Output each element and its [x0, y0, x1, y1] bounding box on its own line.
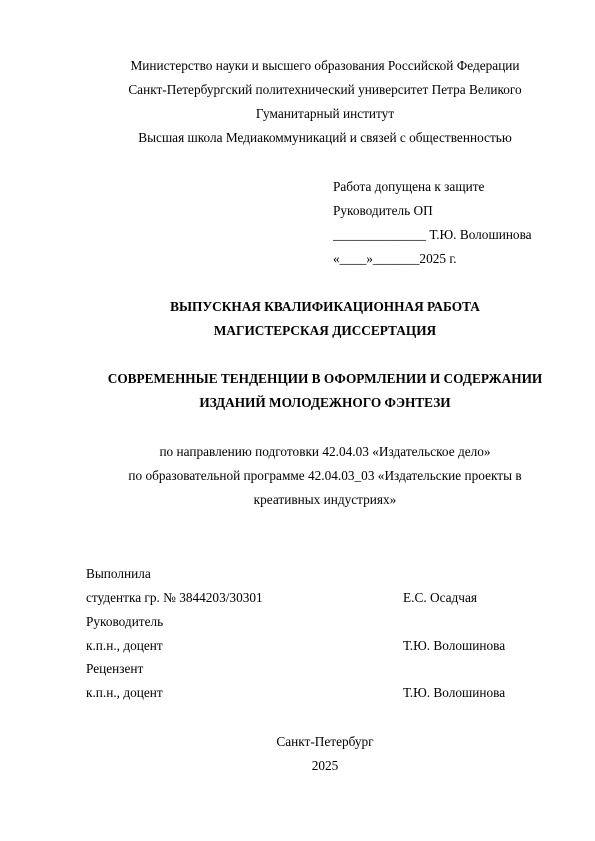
direction-line: по направлению подготовки 42.04.03 «Изда…	[0, 444, 595, 460]
university-line: Санкт-Петербургский политехнический унив…	[0, 82, 595, 98]
institute-line: Гуманитарный институт	[0, 106, 595, 122]
author-role: Выполнила	[86, 566, 151, 582]
reviewer-name: Т.Ю. Волошинова	[403, 685, 505, 701]
thesis-title-line1: СОВРЕМЕННЫЕ ТЕНДЕНЦИИ В ОФОРМЛЕНИИ И СОД…	[0, 371, 595, 387]
work-type-line1: ВЫПУСКНАЯ КВАЛИФИКАЦИОННАЯ РАБОТА	[0, 299, 595, 315]
reviewer-detail: к.п.н., доцент	[86, 685, 163, 701]
approval-admitted: Работа допущена к защите	[333, 179, 484, 195]
supervisor-detail: к.п.н., доцент	[86, 638, 163, 654]
footer-city: Санкт-Петербург	[0, 734, 595, 750]
school-line: Высшая школа Медиакоммуникаций и связей …	[0, 130, 595, 146]
approval-date-line: «____»_______2025 г.	[333, 251, 457, 267]
program-line2: креативных индустриях»	[0, 492, 595, 508]
footer-year: 2025	[0, 758, 595, 774]
supervisor-name: Т.Ю. Волошинова	[403, 638, 505, 654]
ministry-line: Министерство науки и высшего образования…	[0, 58, 595, 74]
approval-signature-line: ______________ Т.Ю. Волошинова	[333, 227, 532, 243]
thesis-title-line2: ИЗДАНИЙ МОЛОДЕЖНОГО ФЭНТЕЗИ	[0, 395, 595, 411]
reviewer-role: Рецензент	[86, 661, 143, 677]
program-line1: по образовательной программе 42.04.03_03…	[0, 468, 595, 484]
approval-head-title: Руководитель ОП	[333, 203, 433, 219]
author-name: Е.С. Осадчая	[403, 590, 477, 606]
work-type-line2: МАГИСТЕРСКАЯ ДИССЕРТАЦИЯ	[0, 323, 595, 339]
supervisor-role: Руководитель	[86, 614, 163, 630]
author-detail: студентка гр. № 3844203/30301	[86, 590, 263, 606]
